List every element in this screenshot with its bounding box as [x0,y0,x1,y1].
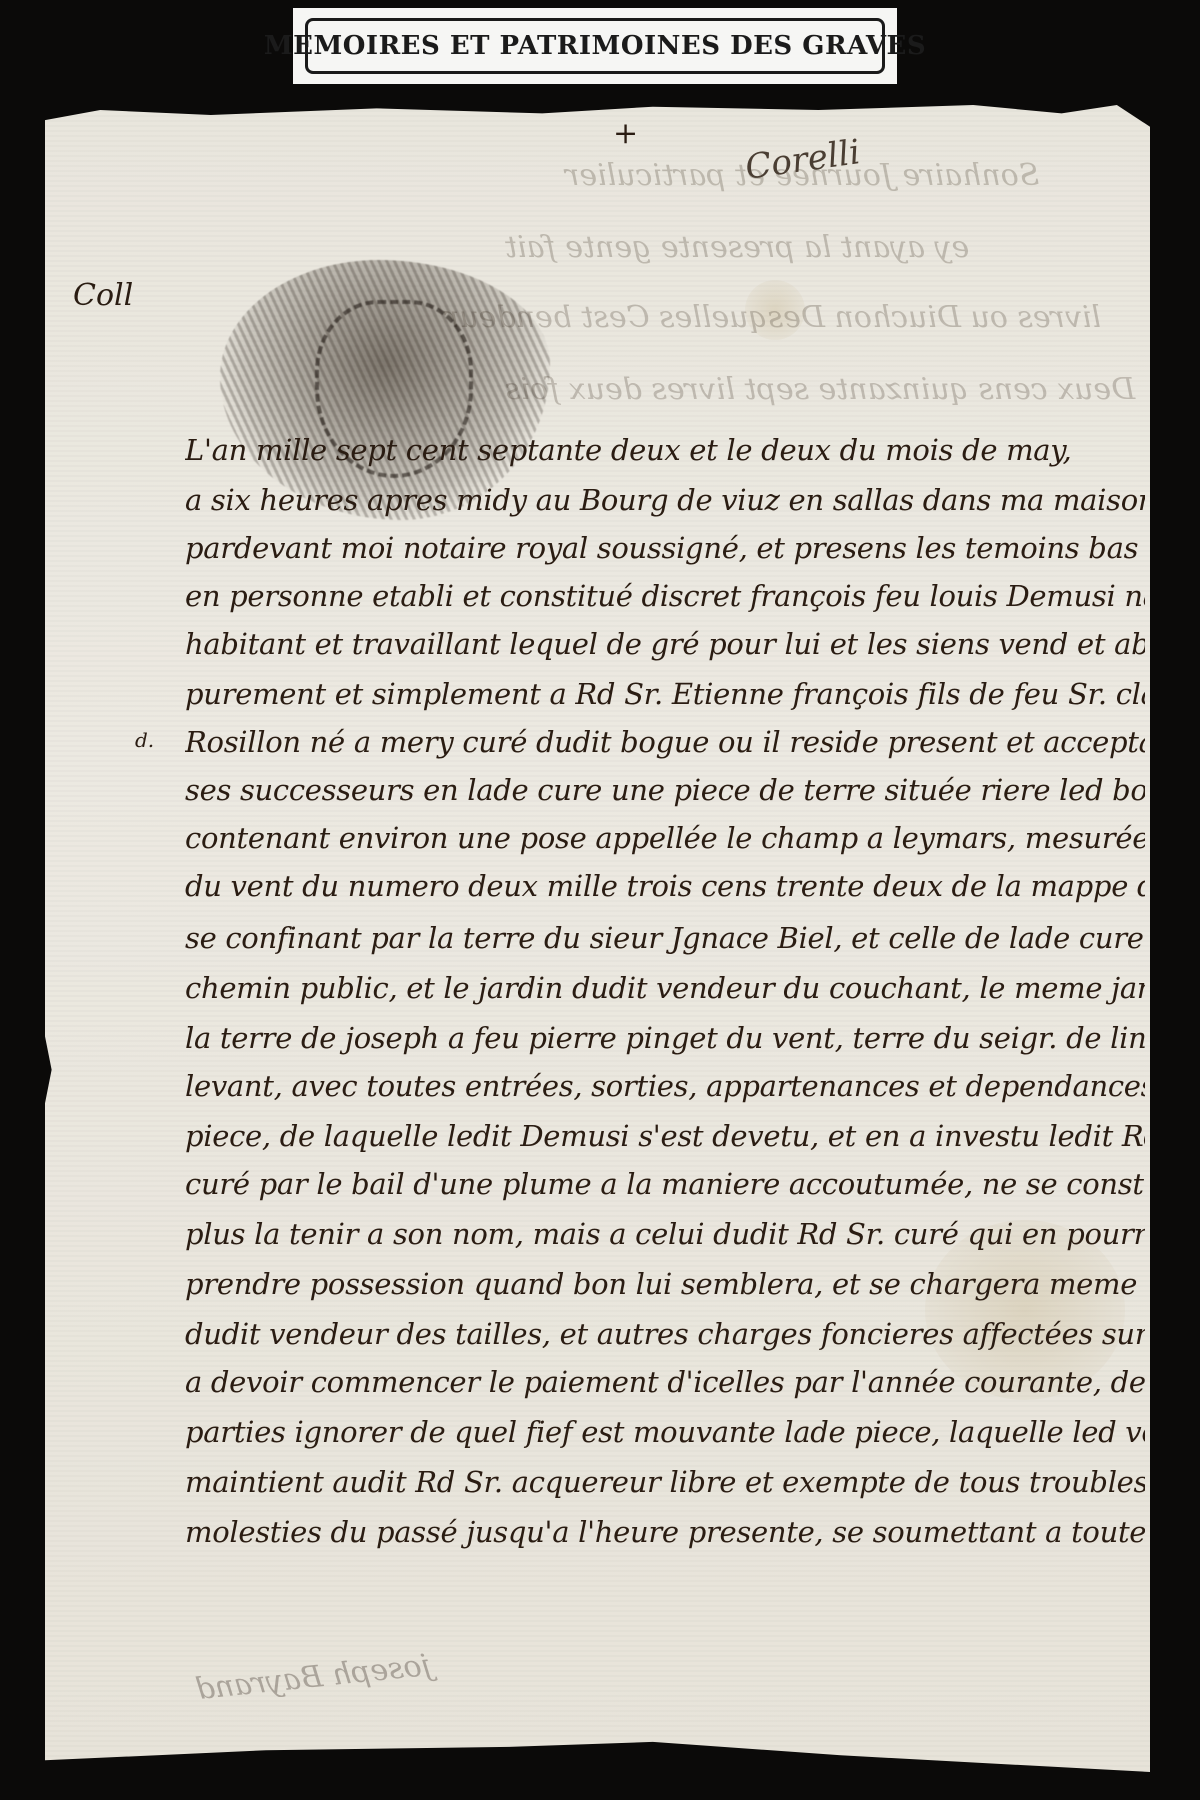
line-text: contenant environ une pose appellée le c… [185,821,1145,855]
line-text: plus la tenir a son nom, mais a celui du… [185,1217,1145,1251]
manuscript-line: se confinant par la terre du sieur Jgnac… [185,918,1145,958]
bleed-through-text: livres ou Diuchon Desquelles Cest bendeu… [445,300,1101,335]
line-text: ses successeurs en lade cure une piece d… [185,773,1145,807]
bleed-through-text: ey ayant la presente gente fait [505,230,969,265]
manuscript-line: levant, avec toutes entrées, sorties, ap… [185,1066,1145,1106]
line-text: piece, de laquelle ledit Demusi s'est de… [185,1119,1145,1153]
line-text: prendre possession quand bon lui sembler… [185,1267,1145,1301]
manuscript-line: prendre possession quand bon lui sembler… [185,1264,1145,1304]
archive-label: MEMOIRES ET PATRIMOINES DES GRAVES [293,8,897,84]
archive-label-text: MEMOIRES ET PATRIMOINES DES GRAVES [264,31,926,61]
manuscript-line: en personne etabli et constitué discret … [185,576,1145,616]
line-text: curé par le bail d'une plume a la manier… [185,1167,1145,1201]
manuscript-line: maintient audit Rd Sr. acquereur libre e… [185,1462,1145,1502]
line-text: purement et simplement a Rd Sr. Etienne … [185,677,1145,711]
manuscript-line: piece, de laquelle ledit Demusi s'est de… [185,1116,1145,1156]
line-text: du vent du numero deux mille trois cens … [185,869,1145,903]
manuscript-line: dudit vendeur des tailles, et autres cha… [185,1314,1145,1354]
line-text: pardevant moi notaire royal soussigné, e… [185,531,1145,565]
manuscript-line: ses successeurs en lade cure une piece d… [185,770,1145,810]
line-text: maintient audit Rd Sr. acquereur libre e… [185,1465,1145,1499]
manuscript-line: parties ignorer de quel fief est mouvant… [185,1412,1145,1452]
archive-label-frame: MEMOIRES ET PATRIMOINES DES GRAVES [305,18,885,74]
cross-mark: + [613,116,638,151]
manuscript-line: habitant et travaillant lequel de gré po… [185,624,1145,664]
manuscript-line: curé par le bail d'une plume a la manier… [185,1164,1145,1204]
line-text: habitant et travaillant lequel de gré po… [185,627,1145,661]
line-text: en personne etabli et constitué discret … [185,579,1145,613]
line-text: a devoir commencer le paiement d'icelles… [185,1365,1145,1399]
margin-note-small: d. [135,728,154,752]
manuscript-line: du vent du numero deux mille trois cens … [185,866,1145,906]
line-text: dudit vendeur des tailles, et autres cha… [185,1317,1145,1351]
bleed-through-signature: joseph Bayrand [194,1648,433,1707]
line-text: L'an mille sept cent septante deux et le… [185,433,1071,467]
line-text: parties ignorer de quel fief est mouvant… [185,1415,1145,1449]
line-text: la terre de joseph a feu pierre pinget d… [185,1021,1145,1055]
manuscript-page: Sonhaire Journee et particulier ey ayant… [45,100,1150,1772]
manuscript-line: L'an mille sept cent septante deux et le… [185,430,1145,470]
manuscript-line: chemin public, et le jardin dudit vendeu… [185,968,1145,1008]
manuscript-line: plus la tenir a son nom, mais a celui du… [185,1214,1145,1254]
manuscript-line: la terre de joseph a feu pierre pinget d… [185,1018,1145,1058]
manuscript-line: pardevant moi notaire royal soussigné, e… [185,528,1145,568]
line-text: se confinant par la terre du sieur Jgnac… [185,921,1145,955]
manuscript-line: a devoir commencer le paiement d'icelles… [185,1362,1145,1402]
line-text: molesties du passé jusqu'a l'heure prese… [185,1515,1145,1549]
line-text: levant, avec toutes entrées, sorties, ap… [185,1069,1145,1103]
margin-note-coll: Coll [73,278,133,313]
line-text: a six heures apres midy au Bourg de viuz… [185,483,1145,517]
bleed-through-text: Deux cens quinzante sept livres deux foi… [505,372,1135,407]
manuscript-line: contenant environ une pose appellée le c… [185,818,1145,858]
manuscript-line: Rosillon né a mery curé dudit bogue ou i… [185,722,1145,762]
manuscript-line: molesties du passé jusqu'a l'heure prese… [185,1512,1145,1552]
line-text: Rosillon né a mery curé dudit bogue ou i… [185,725,1145,759]
manuscript-line: a six heures apres midy au Bourg de viuz… [185,480,1145,520]
manuscript-line: purement et simplement a Rd Sr. Etienne … [185,674,1145,714]
line-text: chemin public, et le jardin dudit vendeu… [185,971,1145,1005]
